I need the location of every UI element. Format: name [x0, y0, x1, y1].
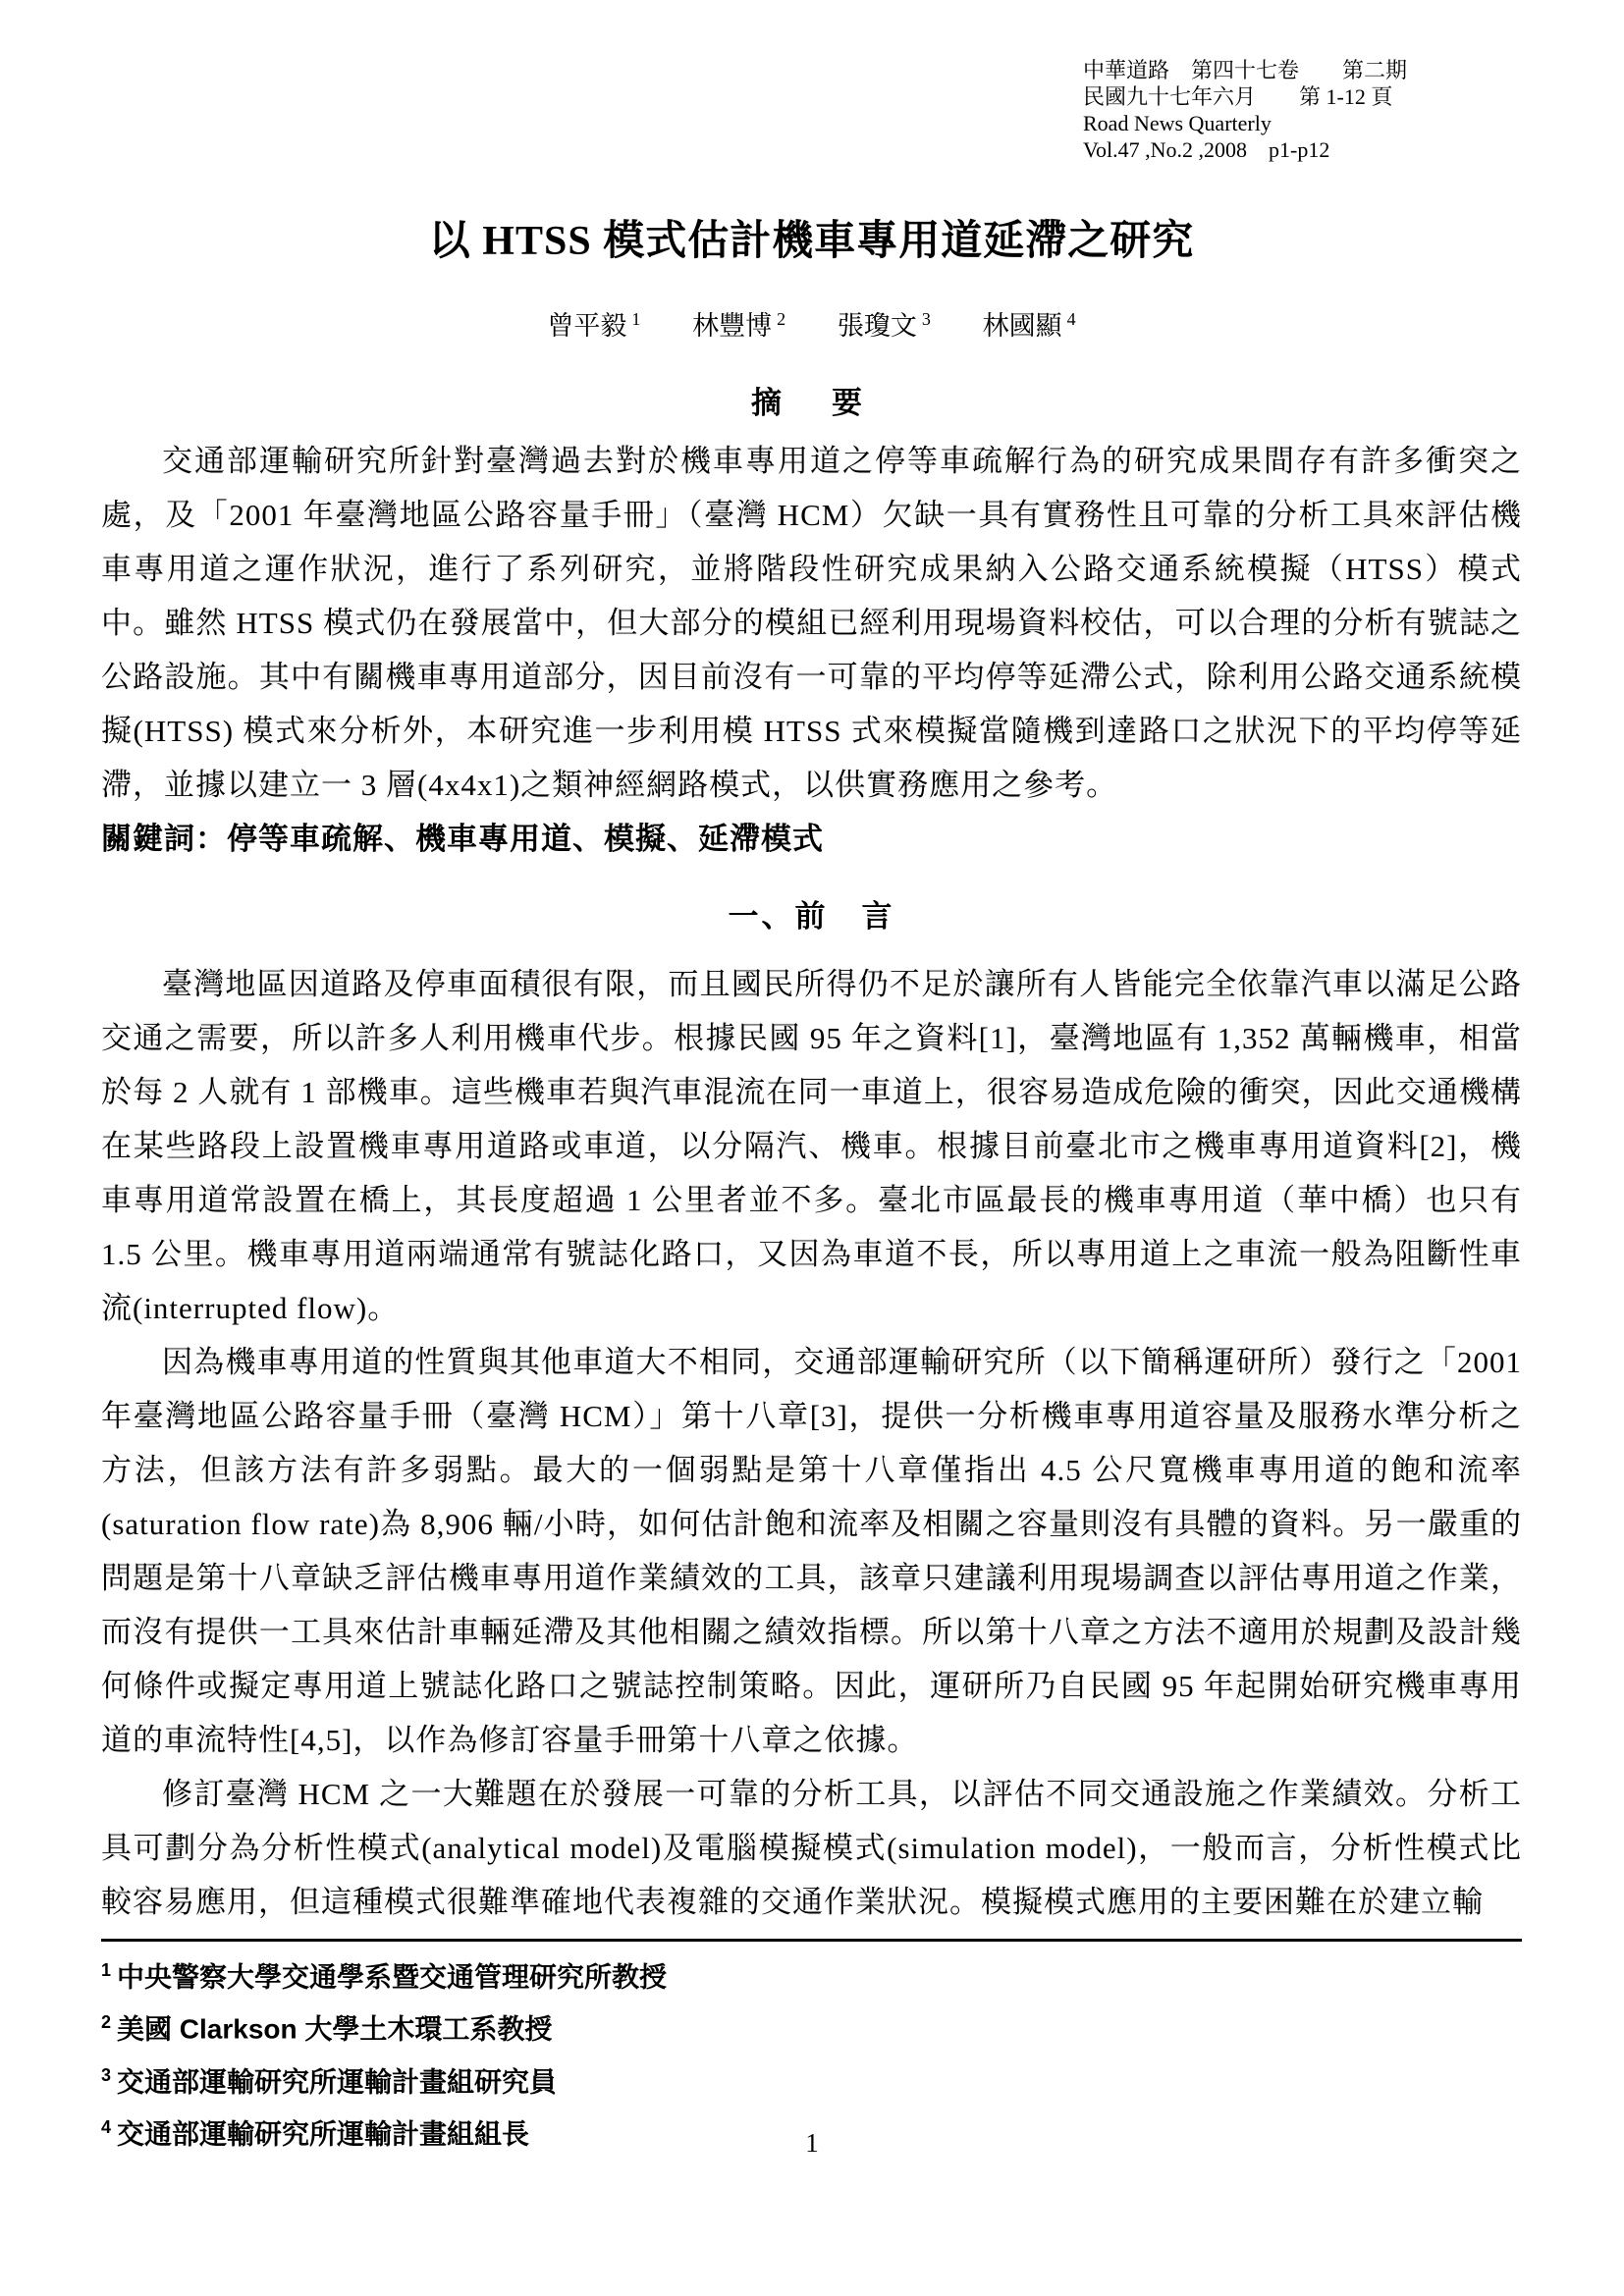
footnote-text: 中央警察大學交通學系暨交通管理研究所教授 — [117, 1961, 667, 1992]
author-name: 曾平毅 — [547, 311, 626, 341]
author-list: 曾平毅1 林豐博2 張瓊文3 林國顯4 — [101, 304, 1522, 343]
footnote-text: 交通部運輸研究所運輸計畫組研究員 — [117, 2066, 557, 2097]
footnote: 1中央警察大學交通學系暨交通管理研究所教授 — [101, 1948, 1522, 2000]
section-heading-introduction: 一、前 言 — [101, 891, 1522, 935]
footnote-separator — [101, 1939, 1522, 1942]
journal-header: 中華道路 第四十七卷 第二期 民國九十七年六月 第 1-12 頁 Road Ne… — [1083, 57, 1522, 163]
body-paragraph: 臺灣地區因道路及停車面積很有限，而且國民所得仍不足於讓所有人皆能完全依靠汽車以滿… — [101, 957, 1522, 1335]
author-name: 林豐博 — [692, 311, 772, 341]
author-affiliation-mark: 4 — [1067, 309, 1076, 329]
body-paragraph: 修訂臺灣 HCM 之一大難題在於發展一可靠的分析工具，以評估不同交通設施之作業績… — [101, 1767, 1522, 1929]
journal-header-line-volume: 中華道路 第四十七卷 第二期 — [1083, 57, 1522, 83]
journal-header-line-date: 民國九十七年六月 第 1-12 頁 — [1083, 83, 1522, 110]
journal-header-line-journal-name: Road News Quarterly — [1083, 110, 1522, 136]
footnote: 3交通部運輸研究所運輸計畫組研究員 — [101, 2053, 1522, 2105]
abstract-text: 交通部運輸研究所針對臺灣過去對於機車專用道之停等車疏解行為的研究成果間存有許多衝… — [101, 434, 1522, 812]
body-paragraph: 因為機車專用道的性質與其他車道大不相同，交通部運輸研究所（以下簡稱運研所）發行之… — [101, 1335, 1522, 1767]
author: 林豐博2 — [692, 304, 785, 343]
abstract-heading: 摘 要 — [101, 378, 1522, 422]
footnote-number: 2 — [101, 2012, 111, 2032]
author-name: 張瓊文 — [838, 311, 917, 341]
footnote-number: 3 — [101, 2065, 111, 2085]
author-affiliation-mark: 1 — [631, 309, 640, 329]
author-affiliation-mark: 2 — [777, 309, 785, 329]
footnote-list: 1中央警察大學交通學系暨交通管理研究所教授 2美國 Clarkson 大學土木環… — [101, 1948, 1522, 2157]
author: 林國顯4 — [983, 304, 1076, 343]
author-name: 林國顯 — [983, 311, 1062, 341]
keywords-line: 關鍵詞：停等車疏解、機車專用道、模擬、延滯模式 — [101, 812, 1522, 866]
author-affiliation-mark: 3 — [922, 309, 931, 329]
author: 張瓊文3 — [838, 304, 931, 343]
footnote-number: 1 — [101, 1960, 111, 1980]
footnote: 2美國 Clarkson 大學土木環工系教授 — [101, 2000, 1522, 2052]
paper-title: 以 HTSS 模式估計機車專用道延滯之研究 — [101, 208, 1522, 267]
page-number: 1 — [0, 2128, 1624, 2159]
paper-page: 中華道路 第四十七卷 第二期 民國九十七年六月 第 1-12 頁 Road Ne… — [0, 0, 1624, 2296]
footnote-text: 美國 Clarkson 大學土木環工系教授 — [117, 2014, 552, 2045]
journal-header-line-issue: Vol.47 ,No.2 ,2008 p1-p12 — [1083, 136, 1522, 163]
author: 曾平毅1 — [547, 304, 640, 343]
